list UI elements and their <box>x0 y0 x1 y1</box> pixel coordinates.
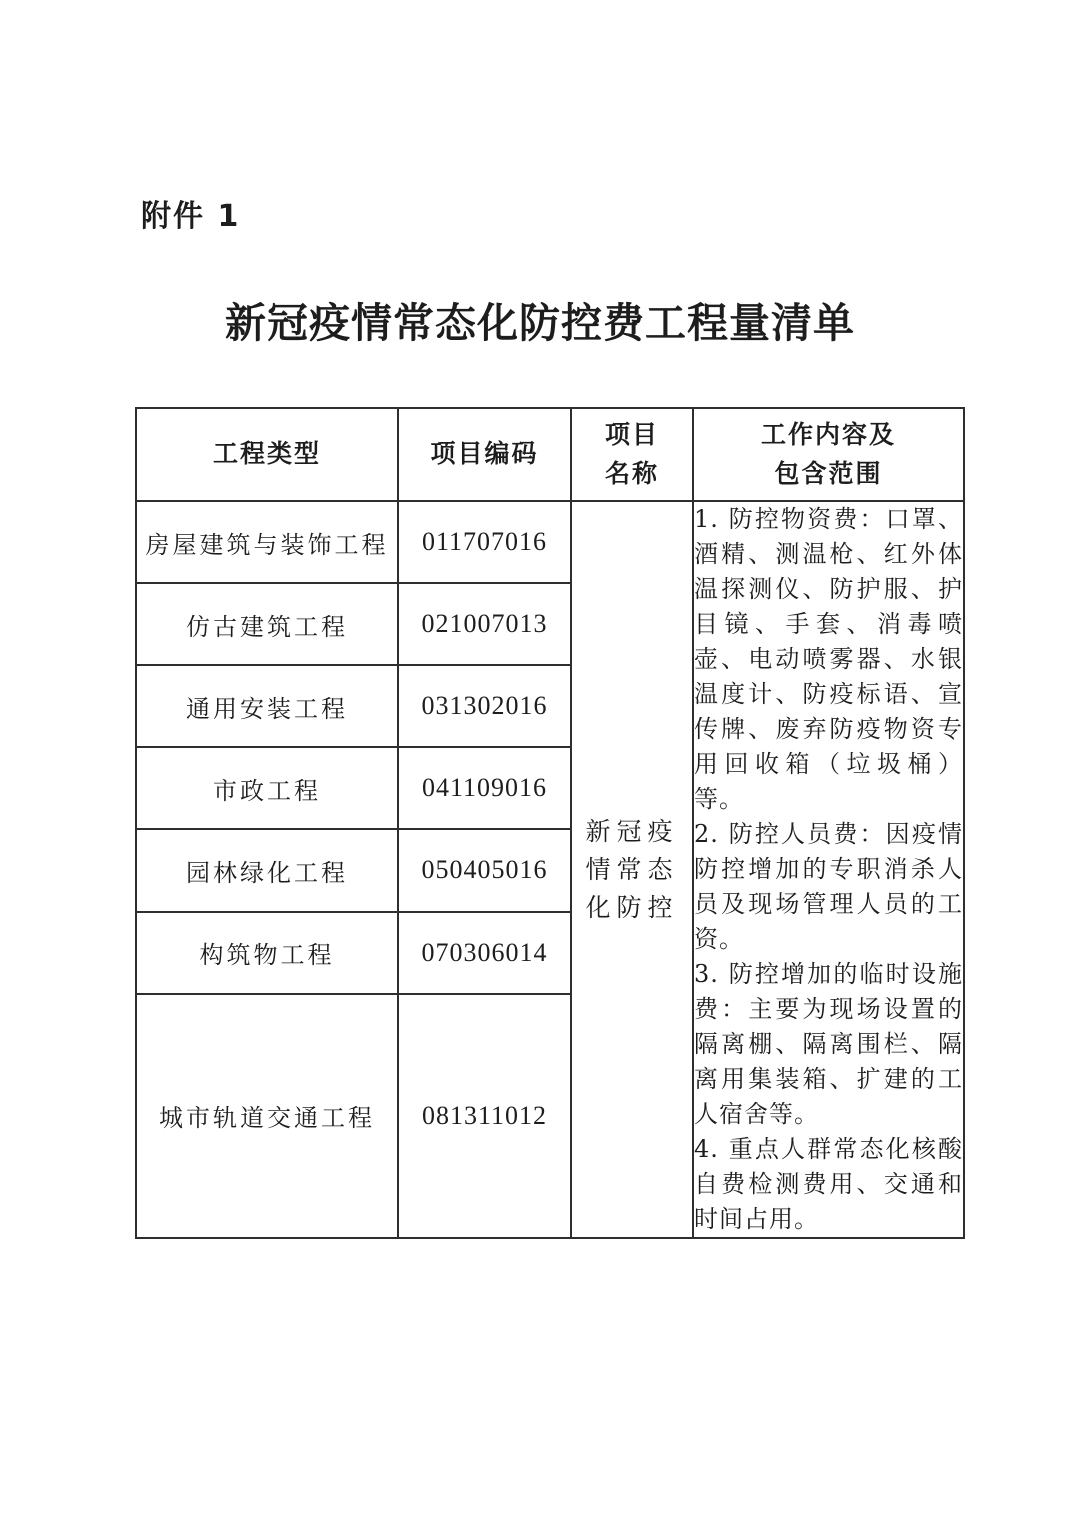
work-content-item-3: 3. 防控增加的临时设施费：主要为现场设置的隔离棚、隔离围栏、隔离用集装箱、扩建… <box>694 957 963 1132</box>
work-content-item-4: 4. 重点人群常态化核酸自费检测费用、交通和时间占用。 <box>694 1132 963 1237</box>
document-page: 附件 1 新冠疫情常态化防控费工程量清单 工程类型 项目编码 项目 名称 工作内… <box>0 0 1080 1527</box>
project-type-cell: 市政工程 <box>136 747 398 829</box>
work-content-item-2: 2. 防控人员费：因疫情防控增加的专职消杀人员及现场管理人员的工资。 <box>694 817 963 957</box>
header-project-code: 项目编码 <box>398 408 571 501</box>
project-type-cell: 城市轨道交通工程 <box>136 994 398 1238</box>
project-code-cell: 021007013 <box>398 583 571 665</box>
work-content-item-1: 1. 防控物资费：口罩、酒精、测温枪、红外体温探测仪、防护服、护目镜、手套、消毒… <box>694 502 963 817</box>
project-type-cell: 房屋建筑与装饰工程 <box>136 501 398 583</box>
table-row: 房屋建筑与装饰工程 011707016 新冠疫 情常态 化防控 1. 防控物资费… <box>136 501 964 583</box>
header-project-type: 工程类型 <box>136 408 398 501</box>
work-content-cell: 1. 防控物资费：口罩、酒精、测温枪、红外体温探测仪、防护服、护目镜、手套、消毒… <box>693 501 964 1238</box>
project-type-cell: 园林绿化工程 <box>136 829 398 911</box>
project-code-cell: 041109016 <box>398 747 571 829</box>
header-project-name: 项目 名称 <box>571 408 693 501</box>
table-header-row: 工程类型 项目编码 项目 名称 工作内容及 包含范围 <box>136 408 964 501</box>
project-code-cell: 050405016 <box>398 829 571 911</box>
project-code-cell: 031302016 <box>398 665 571 747</box>
document-title: 新冠疫情常态化防控费工程量清单 <box>0 290 1080 349</box>
project-code-cell: 081311012 <box>398 994 571 1238</box>
project-type-cell: 通用安装工程 <box>136 665 398 747</box>
project-type-cell: 仿古建筑工程 <box>136 583 398 665</box>
project-type-cell: 构筑物工程 <box>136 912 398 994</box>
project-code-cell: 070306014 <box>398 912 571 994</box>
project-name-cell: 新冠疫 情常态 化防控 <box>571 501 693 1238</box>
attachment-label: 附件 1 <box>141 191 240 235</box>
header-work-content: 工作内容及 包含范围 <box>693 408 964 501</box>
project-code-cell: 011707016 <box>398 501 571 583</box>
quantity-list-table: 工程类型 项目编码 项目 名称 工作内容及 包含范围 房屋建筑与装饰工程 011… <box>135 407 965 1239</box>
